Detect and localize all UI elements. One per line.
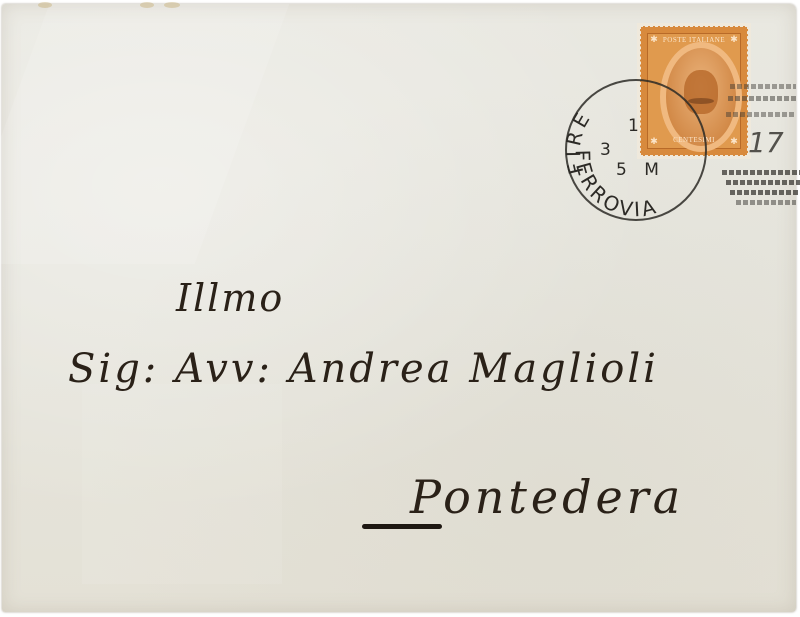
edge-stain (164, 2, 180, 8)
paper-crease (0, 4, 289, 264)
cancellation-number: 17 (748, 126, 784, 159)
ink-flourish (362, 524, 442, 529)
postmark-date-line: 5 M (616, 160, 665, 180)
paper-crease (82, 384, 282, 584)
postmark: FIRE FERROVIA (562, 76, 710, 224)
address-city: Pontedera (410, 470, 684, 524)
edge-stain (140, 2, 154, 8)
postmark-date-line: 3 (600, 140, 611, 160)
address-recipient: Sig: Avv: Andrea Maglioli (68, 346, 659, 392)
address-honorific: Illmo (176, 276, 284, 320)
edge-stain (38, 2, 52, 8)
postmark-date-line: 1 (628, 116, 639, 136)
stamp-top-text: POSTE ITALIANE (648, 36, 740, 44)
